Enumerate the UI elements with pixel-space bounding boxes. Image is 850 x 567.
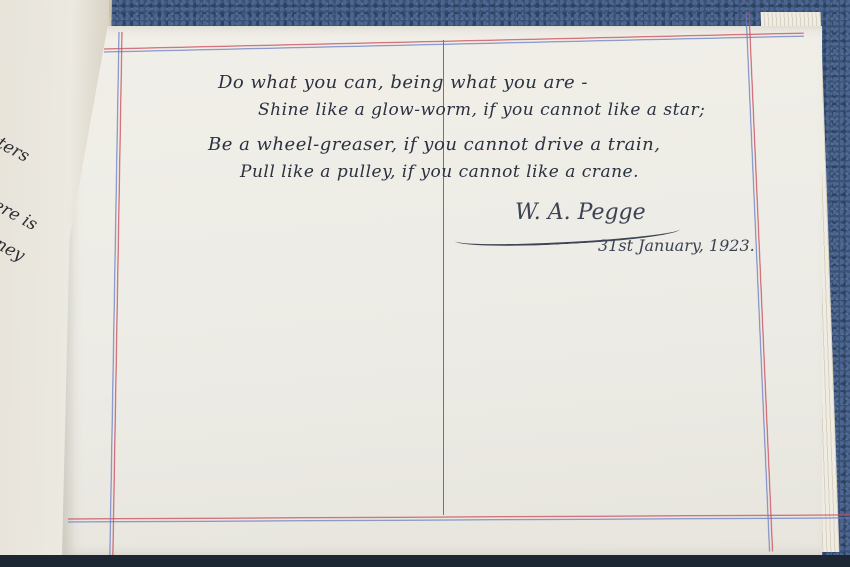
book-cover-edge — [0, 555, 850, 567]
left-page-fragment: ney — [0, 234, 28, 266]
verse-line: Do what you can, being what you are - — [218, 72, 588, 93]
date: 31st January, 1923. — [598, 236, 755, 255]
signature: W. A. Pegge — [515, 200, 646, 225]
verse-line: Pull like a pulley, if you cannot like a… — [240, 162, 639, 182]
left-page-fragment: ere is — [0, 195, 41, 235]
left-page-fragment: ters — [0, 133, 33, 167]
verse-line: Shine like a glow-worm, if you cannot li… — [258, 100, 705, 120]
verse-line: Be a wheel-greaser, if you cannot drive … — [208, 134, 660, 155]
